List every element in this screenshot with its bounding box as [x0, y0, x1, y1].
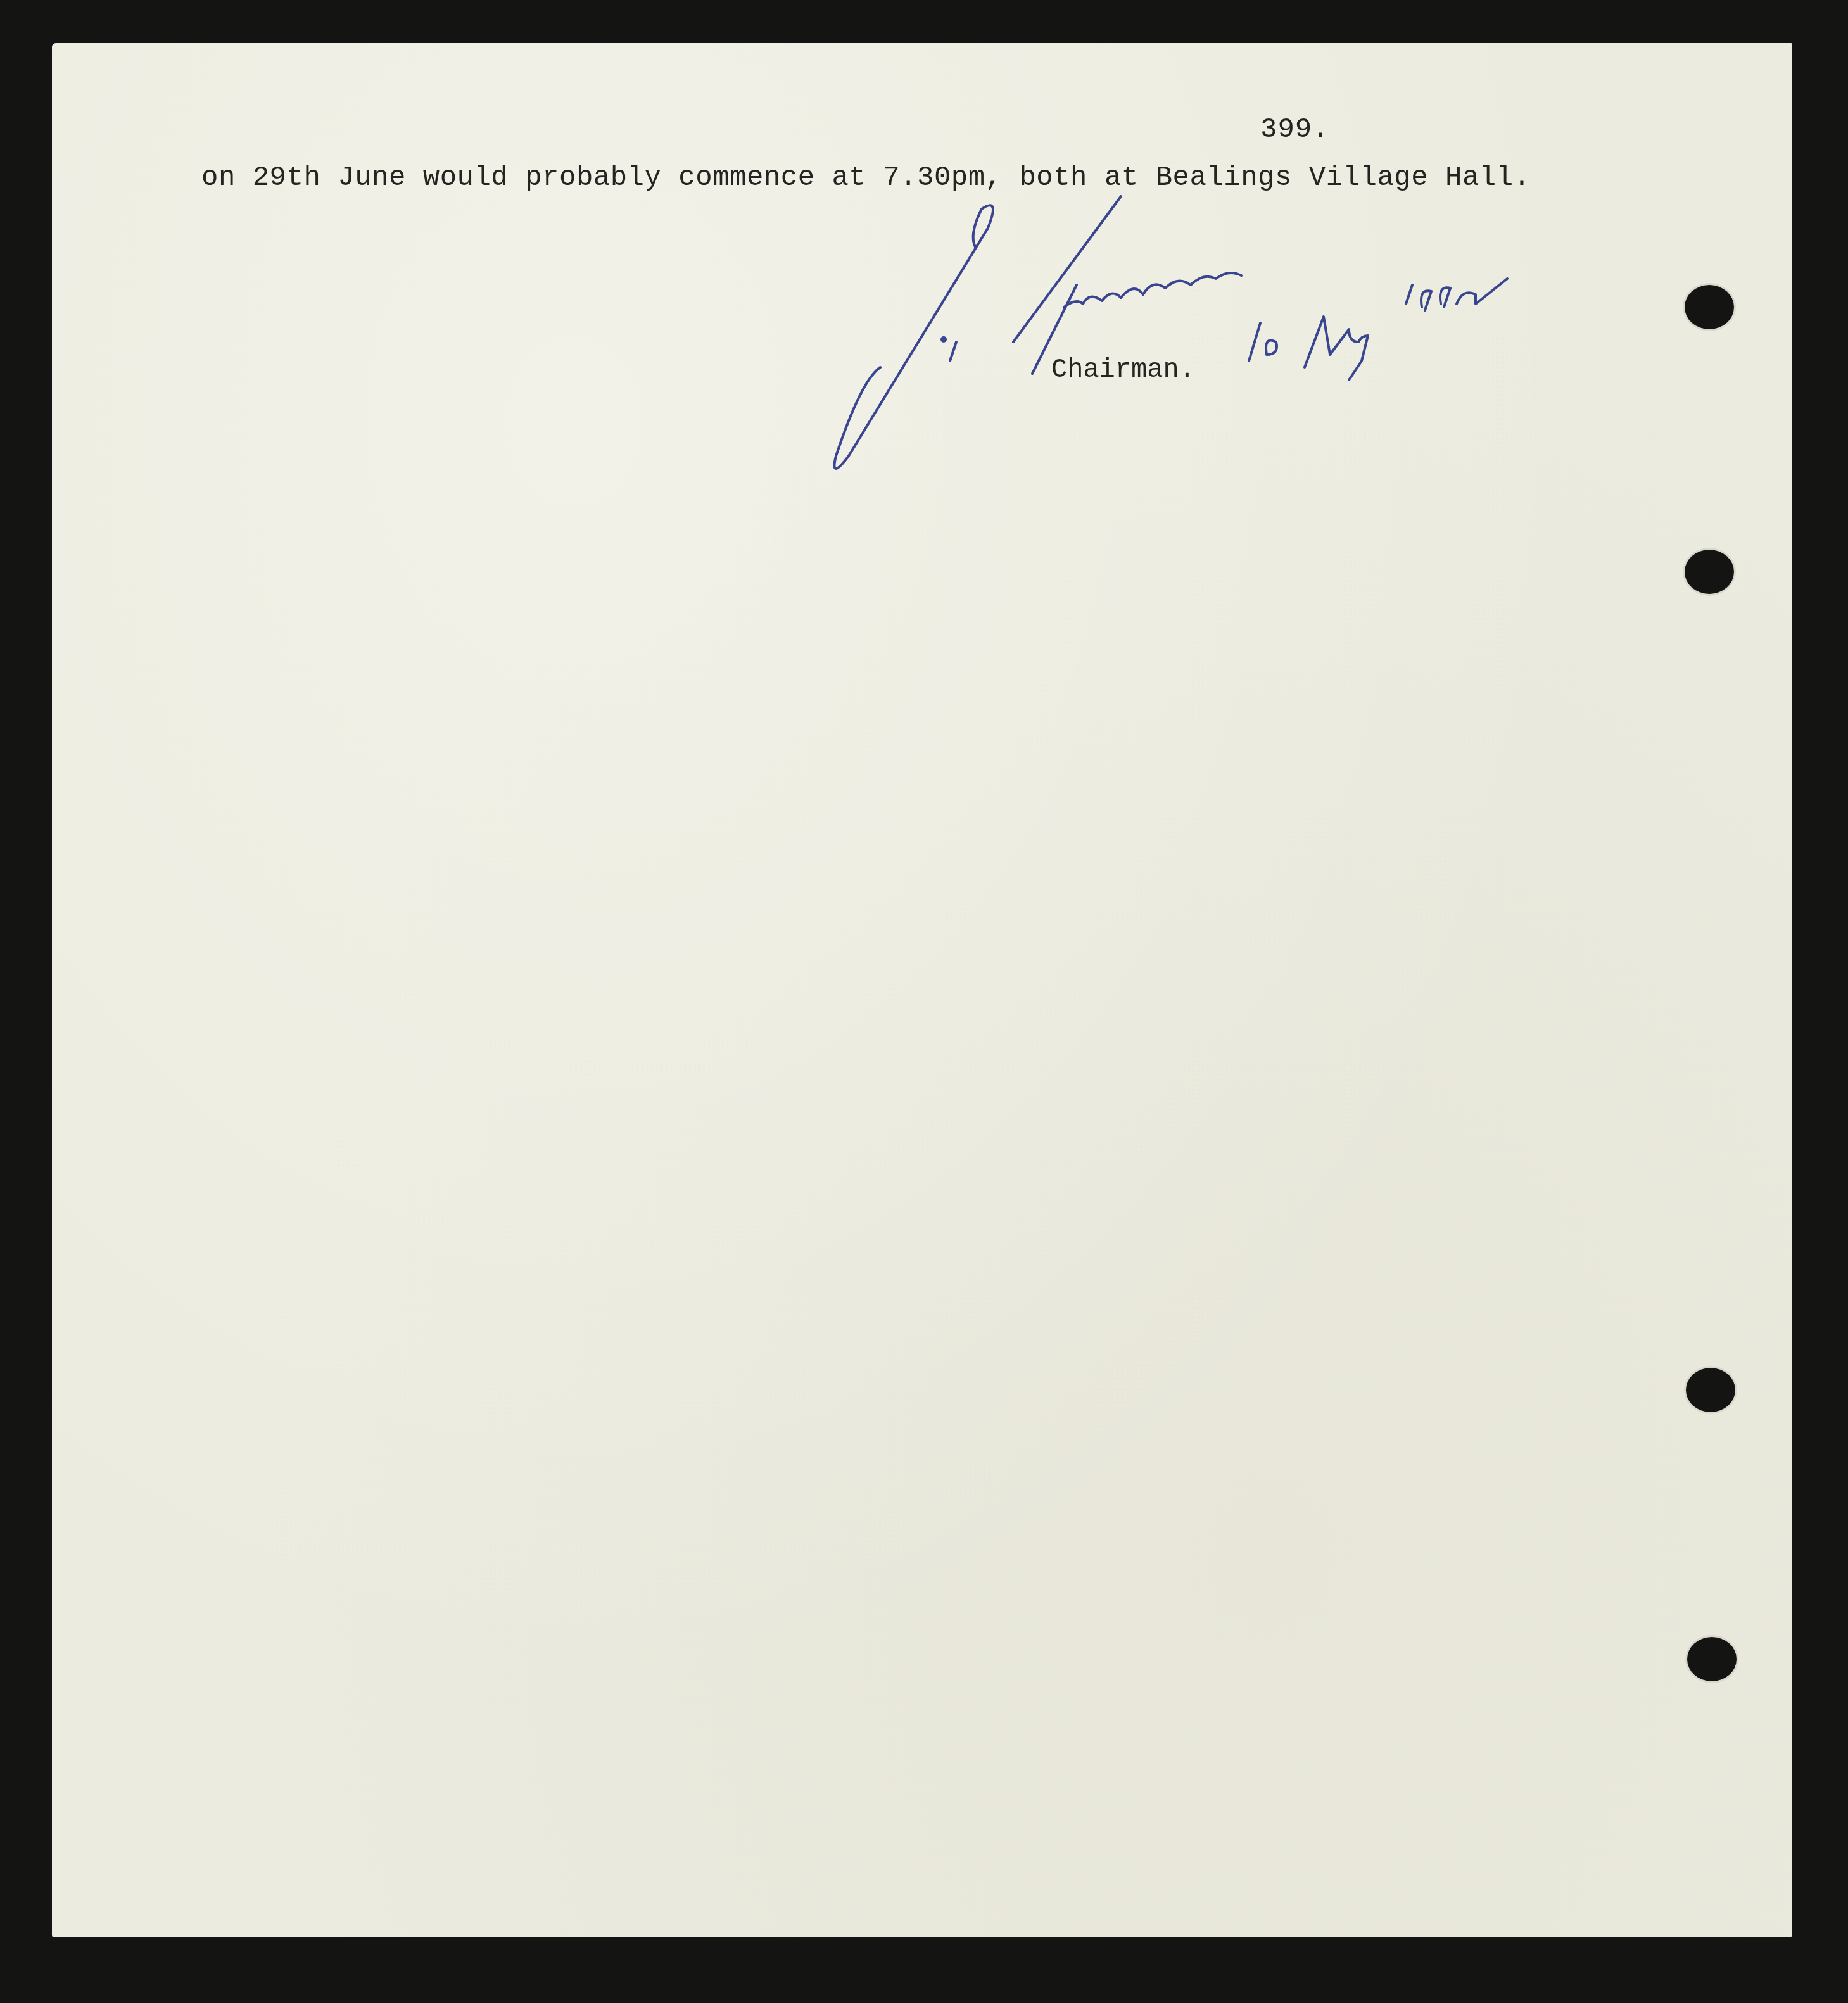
punch-hole	[1685, 550, 1734, 594]
punch-hole	[1687, 1637, 1737, 1681]
signature-strokes-icon	[823, 152, 1583, 481]
punch-hole	[1686, 1368, 1735, 1412]
handwritten-signature	[823, 152, 1583, 481]
page-number: 399.	[1260, 114, 1330, 146]
punch-hole	[1685, 285, 1734, 329]
